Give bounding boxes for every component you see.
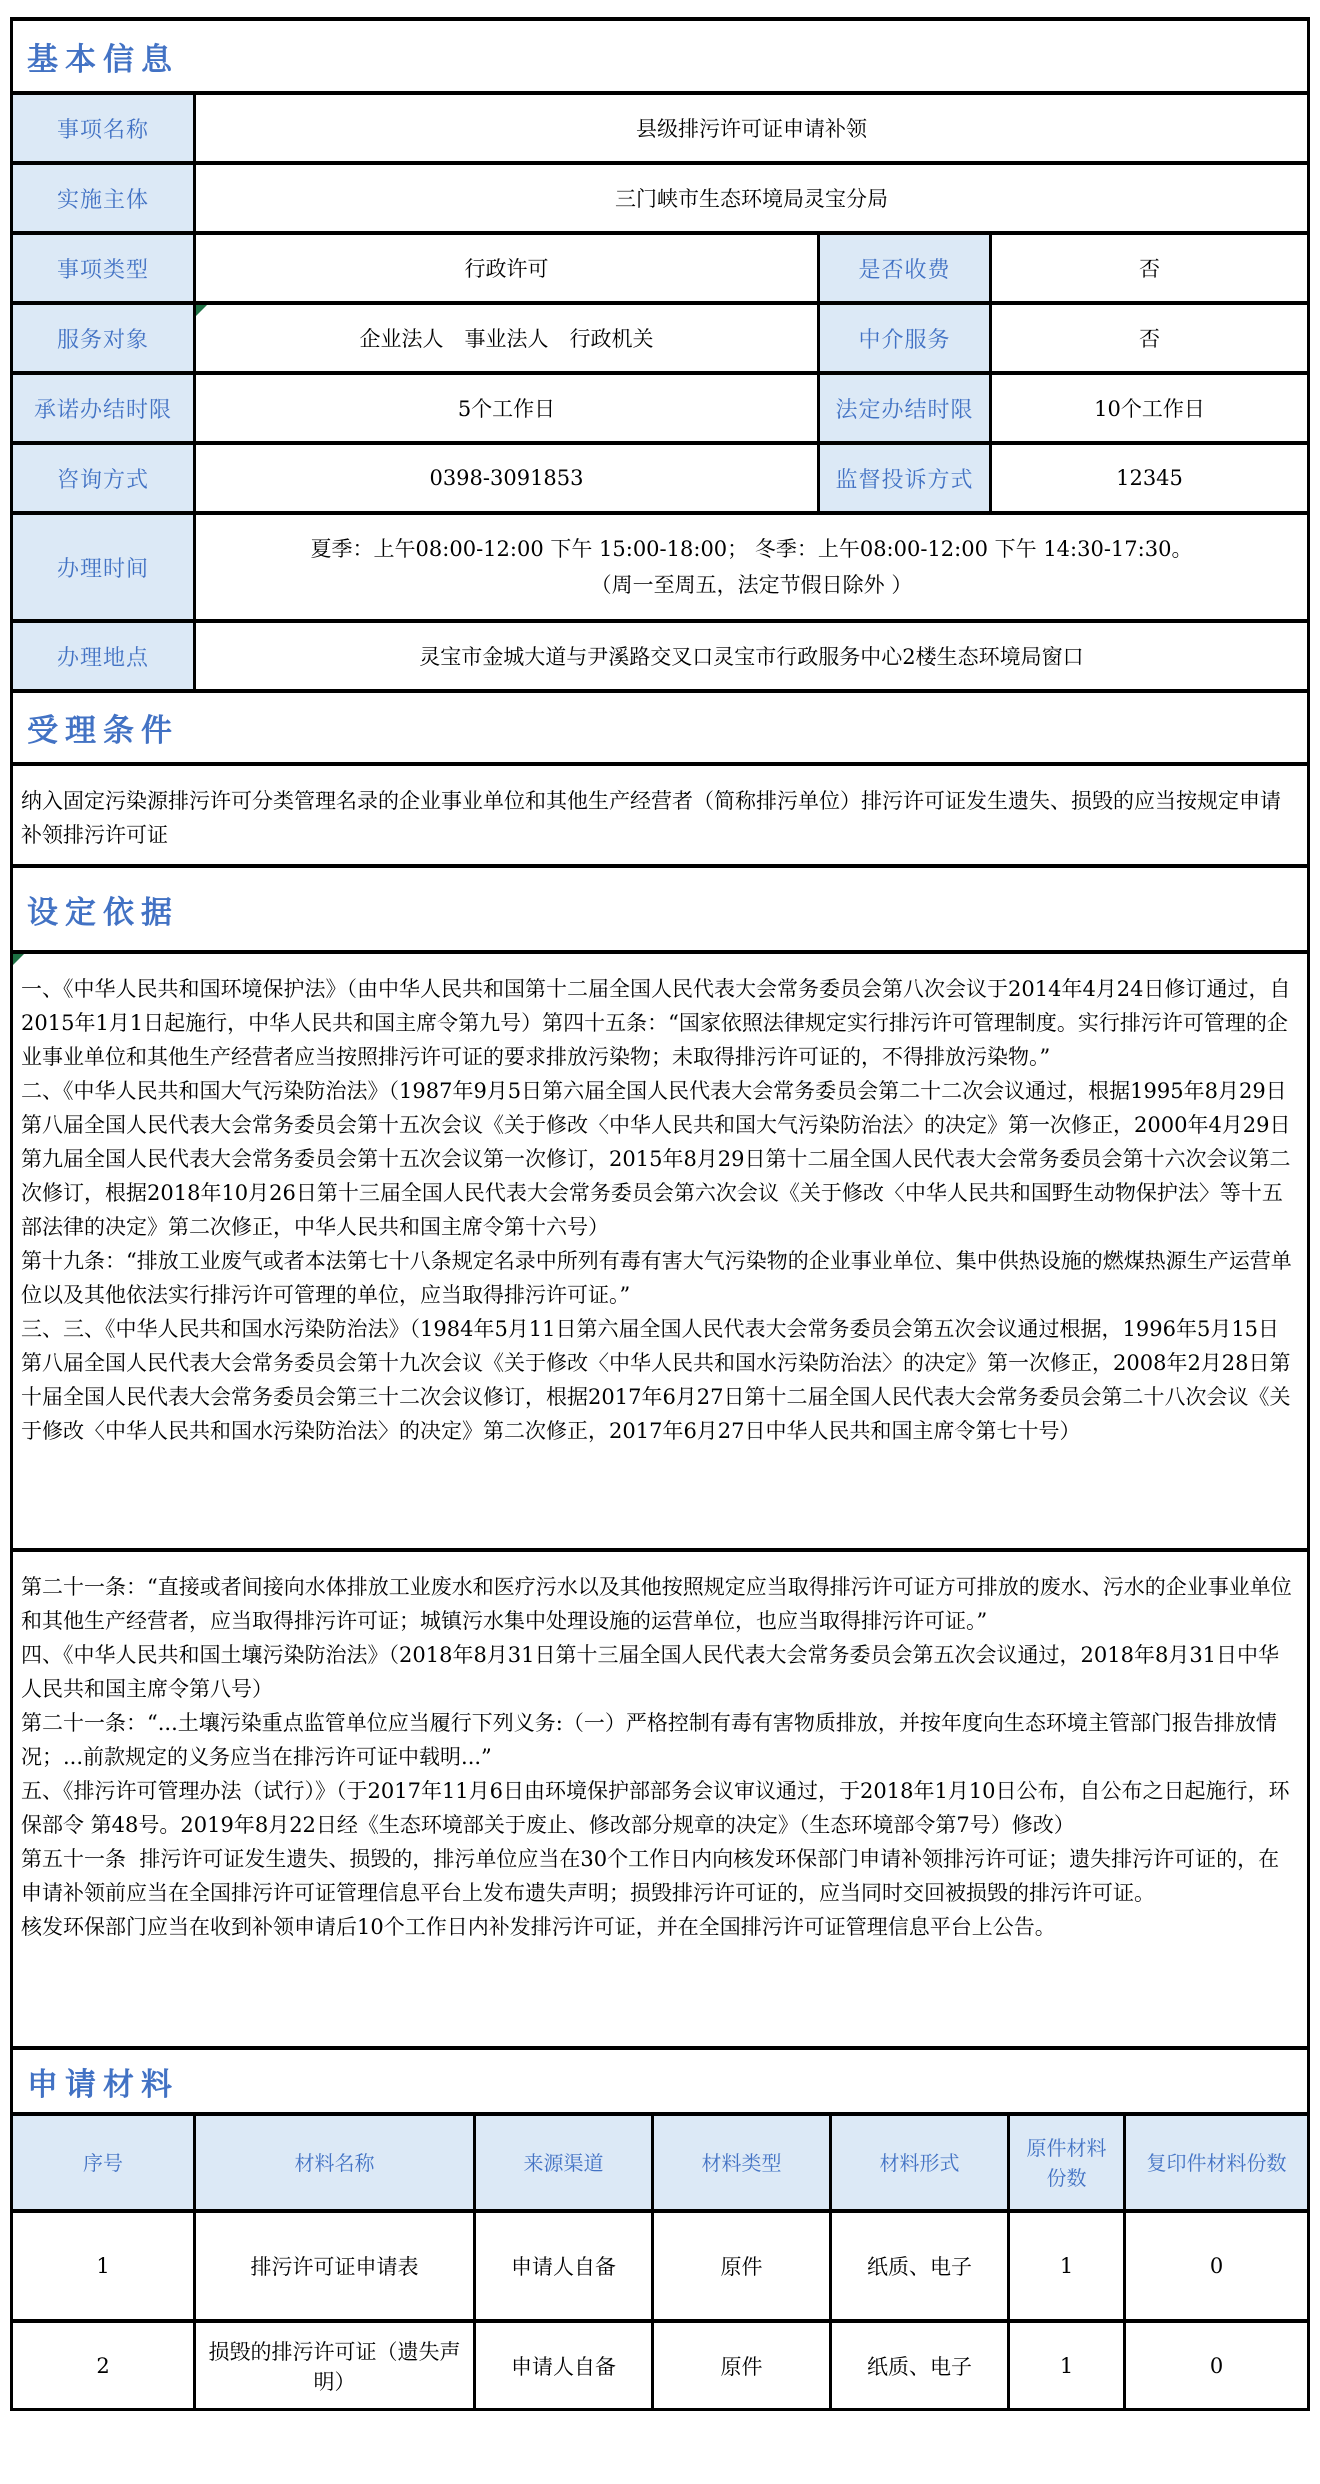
service-item-table: 基本信息 事项名称 县级排污许可证申请补领 实施主体 三门峡市生态环境局灵宝分局…: [10, 17, 1310, 2411]
material-source: 申请人自备: [473, 2213, 651, 2319]
contact-row: 咨询方式 0398-3091853 监督投诉方式 12345: [13, 441, 1307, 511]
material-name: 损毁的排污许可证（遗失声明）: [193, 2323, 473, 2408]
section-title-legal-basis-cell: 设定依据: [13, 868, 1307, 950]
promised-time-limit-value: 5个工作日: [193, 375, 817, 441]
materials-header-source: 来源渠道: [473, 2116, 651, 2209]
item-name-value: 县级排污许可证申请补领: [193, 95, 1307, 161]
section-title-basic-info-cell: 基本信息: [13, 21, 1307, 91]
promised-time-limit-label: 承诺办结时限: [13, 375, 193, 441]
implementing-body-value: 三门峡市生态环境局灵宝分局: [193, 165, 1307, 231]
intermediary-service-label: 中介服务: [817, 305, 989, 371]
basic-info-title-row: 基本信息: [13, 21, 1307, 91]
fee-required-value: 否: [989, 235, 1307, 301]
material-source: 申请人自备: [473, 2323, 651, 2408]
office-location-label: 办理地点: [13, 623, 193, 689]
fee-required-label: 是否收费: [817, 235, 989, 301]
item-type-value: 行政许可: [193, 235, 817, 301]
materials-header-row: 序号 材料名称 来源渠道 材料类型 材料形式 原件材料份数 复印件材料份数: [13, 2112, 1307, 2209]
acceptance-content-row: 纳入固定污染源排污许可分类管理名录的企业事业单位和其他生产经营者（简称排污单位）…: [13, 762, 1307, 864]
material-original-count: 1: [1007, 2213, 1123, 2319]
legal-basis-part1-cell: 一、《中华人民共和国环境保护法》（由中华人民共和国第十二届全国人民代表大会常务委…: [13, 954, 1307, 1548]
office-location-value: 灵宝市金城大道与尹溪路交叉口灵宝市行政服务中心2楼生态环境局窗口: [193, 623, 1307, 689]
acceptance-title-row: 受理条件: [13, 689, 1307, 762]
office-hours-value: 夏季：上午08:00-12:00 下午 15:00-18:00； 冬季：上午08…: [193, 515, 1307, 619]
cell-error-flag-icon: [196, 305, 207, 316]
service-item-document: 基本信息 事项名称 县级排污许可证申请补领 实施主体 三门峡市生态环境局灵宝分局…: [10, 17, 1310, 2411]
section-title-legal-basis: 设定依据: [27, 887, 179, 932]
material-seq: 2: [13, 2323, 193, 2408]
legal-basis-part2-row: 第二十一条：“直接或者间接向水体排放工业废水和医疗污水以及其他按照规定应当取得排…: [13, 1548, 1307, 2046]
material-copy-count: 0: [1123, 2213, 1307, 2319]
material-form: 纸质、电子: [829, 2323, 1007, 2408]
service-target-label: 服务对象: [13, 305, 193, 371]
section-title-acceptance-cell: 受理条件: [13, 693, 1307, 762]
service-target-value: 企业法人 事业法人 行政机关: [193, 305, 817, 371]
section-title-acceptance: 受理条件: [27, 705, 179, 750]
consultation-method-value: 0398-3091853: [193, 445, 817, 511]
item-type-row: 事项类型 行政许可 是否收费 否: [13, 231, 1307, 301]
item-type-label: 事项类型: [13, 235, 193, 301]
office-hours-label: 办理时间: [13, 515, 193, 619]
materials-header-form: 材料形式: [829, 2116, 1007, 2209]
materials-table-row: 1 排污许可证申请表 申请人自备 原件 纸质、电子 1 0: [13, 2209, 1307, 2319]
material-type: 原件: [651, 2323, 829, 2408]
cell-error-flag-icon: [13, 954, 24, 965]
service-target-row: 服务对象 企业法人 事业法人 行政机关 中介服务 否: [13, 301, 1307, 371]
materials-header-seq: 序号: [13, 2116, 193, 2209]
material-name: 排污许可证申请表: [193, 2213, 473, 2319]
material-form: 纸质、电子: [829, 2213, 1007, 2319]
supervision-complaint-label: 监督投诉方式: [817, 445, 989, 511]
office-location-row: 办理地点 灵宝市金城大道与尹溪路交叉口灵宝市行政服务中心2楼生态环境局窗口: [13, 619, 1307, 689]
time-limit-row: 承诺办结时限 5个工作日 法定办结时限 10个工作日: [13, 371, 1307, 441]
consultation-method-label: 咨询方式: [13, 445, 193, 511]
acceptance-content: 纳入固定污染源排污许可分类管理名录的企业事业单位和其他生产经营者（简称排污单位）…: [13, 766, 1307, 864]
implementing-body-row: 实施主体 三门峡市生态环境局灵宝分局: [13, 161, 1307, 231]
statutory-time-limit-label: 法定办结时限: [817, 375, 989, 441]
item-name-row: 事项名称 县级排污许可证申请补领: [13, 91, 1307, 161]
legal-basis-title-row: 设定依据: [13, 864, 1307, 950]
materials-header-copy-count: 复印件材料份数: [1123, 2116, 1307, 2209]
materials-header-original-count: 原件材料份数: [1007, 2116, 1123, 2209]
service-target-value-text: 企业法人 事业法人 行政机关: [360, 323, 654, 353]
material-original-count: 1: [1007, 2323, 1123, 2408]
material-copy-count: 0: [1123, 2323, 1307, 2408]
section-title-materials-cell: 申请材料: [13, 2050, 1307, 2112]
section-title-basic-info: 基本信息: [27, 34, 179, 79]
material-seq: 1: [13, 2213, 193, 2319]
office-hours-row: 办理时间 夏季：上午08:00-12:00 下午 15:00-18:00； 冬季…: [13, 511, 1307, 619]
materials-header-type: 材料类型: [651, 2116, 829, 2209]
legal-basis-part2-text: 第二十一条：“直接或者间接向水体排放工业废水和医疗污水以及其他按照规定应当取得排…: [13, 1552, 1307, 2046]
statutory-time-limit-value: 10个工作日: [989, 375, 1307, 441]
materials-table-row: 2 损毁的排污许可证（遗失声明） 申请人自备 原件 纸质、电子 1 0: [13, 2319, 1307, 2408]
material-type: 原件: [651, 2213, 829, 2319]
supervision-complaint-value: 12345: [989, 445, 1307, 511]
intermediary-service-value: 否: [989, 305, 1307, 371]
item-name-label: 事项名称: [13, 95, 193, 161]
legal-basis-part1-text: 一、《中华人民共和国环境保护法》（由中华人民共和国第十二届全国人民代表大会常务委…: [21, 972, 1295, 1448]
materials-header-name: 材料名称: [193, 2116, 473, 2209]
implementing-body-label: 实施主体: [13, 165, 193, 231]
materials-title-row: 申请材料: [13, 2046, 1307, 2112]
legal-basis-part1-row: 一、《中华人民共和国环境保护法》（由中华人民共和国第十二届全国人民代表大会常务委…: [13, 950, 1307, 1548]
section-title-materials: 申请材料: [27, 2059, 179, 2104]
